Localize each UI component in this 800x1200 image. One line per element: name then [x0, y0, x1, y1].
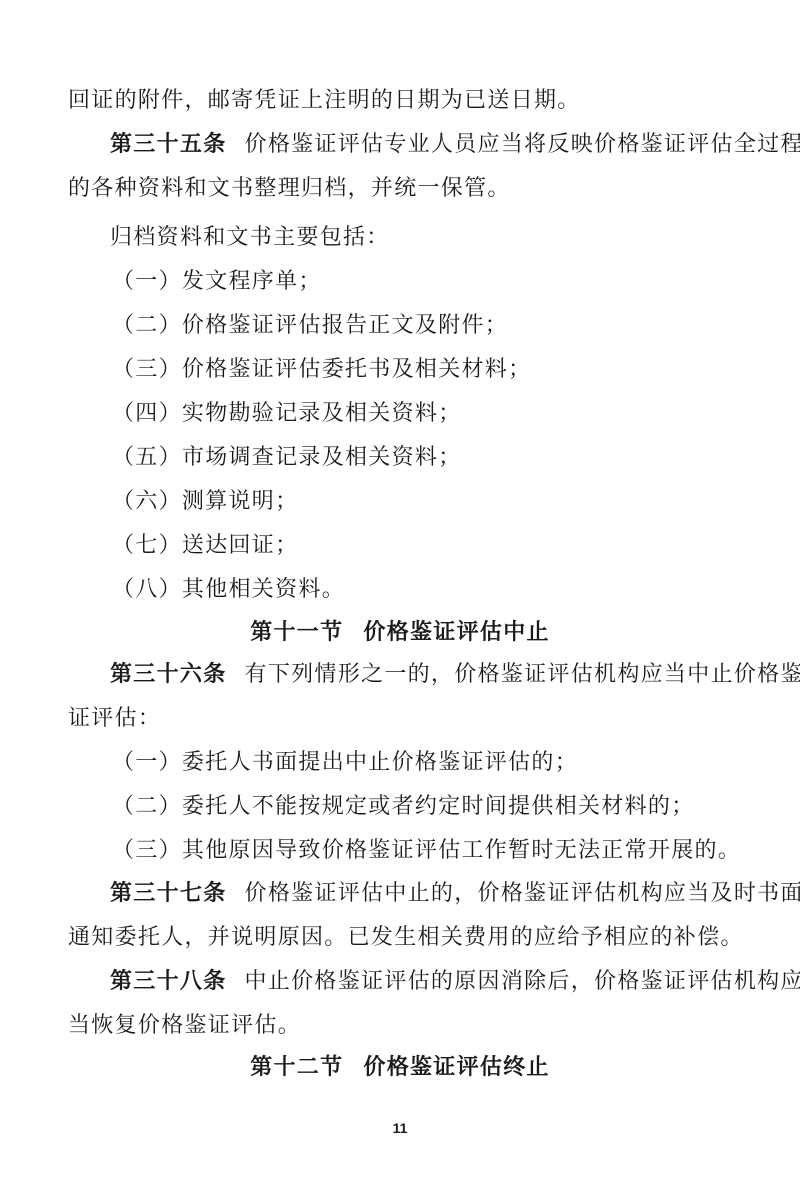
- section-11-number: 第十一节: [250, 620, 343, 645]
- article-35-label: 第三十五条: [110, 132, 227, 157]
- archive-item: （四）实物勘验记录及相关资料；: [112, 399, 776, 429]
- archive-item: （三）价格鉴证评估委托书及相关材料；: [112, 355, 776, 385]
- page-number: 11: [0, 1120, 800, 1136]
- article-36-label: 第三十六条: [110, 662, 227, 687]
- suspension-item: （二）委托人不能按规定或者约定时间提供相关材料的；: [112, 792, 776, 822]
- article-38-line-2: 当恢复价格鉴证评估。: [68, 1011, 732, 1041]
- archive-item: （八）其他相关资料。: [112, 575, 776, 605]
- article-35-line-1: 第三十五条价格鉴证评估专业人员应当将反映价格鉴证评估全过程: [110, 130, 774, 160]
- section-11-heading: 第十一节价格鉴证评估中止: [0, 618, 800, 648]
- archive-item: （七）送达回证；: [112, 531, 776, 561]
- section-12-title: 价格鉴证评估终止: [363, 1055, 549, 1080]
- suspension-item: （一）委托人书面提出中止价格鉴证评估的；: [112, 748, 776, 778]
- archive-item: （六）测算说明；: [112, 487, 776, 517]
- article-38-text: 中止价格鉴证评估的原因消除后，价格鉴证评估机构应: [245, 969, 800, 994]
- article-36-line-2: 证评估：: [68, 704, 732, 734]
- section-12-number: 第十二节: [250, 1055, 343, 1080]
- suspension-item: （三）其他原因导致价格鉴证评估工作暂时无法正常开展的。: [112, 836, 776, 866]
- article-35-line-2: 的各种资料和文书整理归档，并统一保管。: [68, 174, 732, 204]
- article-38-label: 第三十八条: [110, 969, 227, 994]
- article-37-line-2: 通知委托人，并说明原因。已发生相关费用的应给予相应的补偿。: [68, 923, 732, 953]
- archive-item: （五）市场调查记录及相关资料；: [112, 443, 776, 473]
- article-37-text: 价格鉴证评估中止的，价格鉴证评估机构应当及时书面: [245, 881, 800, 906]
- article-37-line-1: 第三十七条价格鉴证评估中止的，价格鉴证评估机构应当及时书面: [110, 879, 774, 909]
- section-11-title: 价格鉴证评估中止: [363, 620, 549, 645]
- article-37-label: 第三十七条: [110, 881, 227, 906]
- archive-item: （一）发文程序单；: [112, 267, 776, 297]
- section-12-heading: 第十二节价格鉴证评估终止: [0, 1053, 800, 1083]
- article-36-line-1: 第三十六条有下列情形之一的，价格鉴证评估机构应当中止价格鉴: [110, 660, 774, 690]
- article-38-line-1: 第三十八条中止价格鉴证评估的原因消除后，价格鉴证评估机构应: [110, 967, 774, 997]
- archive-intro: 归档资料和文书主要包括：: [110, 223, 774, 253]
- archive-item: （二）价格鉴证评估报告正文及附件；: [112, 311, 776, 341]
- continuation-text: 回证的附件，邮寄凭证上注明的日期为已送日期。: [68, 86, 732, 116]
- article-35-text: 价格鉴证评估专业人员应当将反映价格鉴证评估全过程: [245, 132, 800, 157]
- article-36-text: 有下列情形之一的，价格鉴证评估机构应当中止价格鉴: [245, 662, 800, 687]
- document-page: 回证的附件，邮寄凭证上注明的日期为已送日期。 第三十五条价格鉴证评估专业人员应当…: [0, 0, 800, 1200]
